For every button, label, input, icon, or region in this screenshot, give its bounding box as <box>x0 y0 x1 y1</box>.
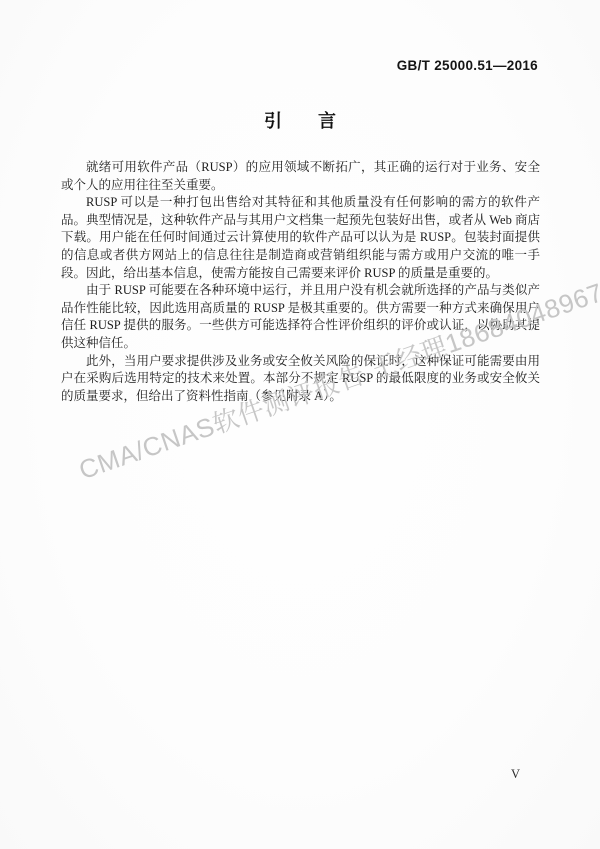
body-paragraph: 由于 RUSP 可能要在各种环境中运行，并且用户没有机会就所选择的产品与类似产品… <box>61 282 540 352</box>
page-number: V <box>511 767 520 782</box>
page-title: 引 言 <box>0 107 600 133</box>
body-paragraph: 就绪可用软件产品（RUSP）的应用领域不断拓广，其正确的运行对于业务、安全或个人… <box>61 159 540 194</box>
document-body: 就绪可用软件产品（RUSP）的应用领域不断拓广，其正确的运行对于业务、安全或个人… <box>61 159 540 405</box>
body-paragraph: RUSP 可以是一种打包出售给对其特征和其他质量没有任何影响的需方的软件产品。典… <box>61 194 540 282</box>
body-paragraph: 此外，当用户要求提供涉及业务或安全攸关风险的保证时，这种保证可能需要由用户在采购… <box>61 353 540 406</box>
document-page: GB/T 25000.51—2016 引 言 就绪可用软件产品（RUSP）的应用… <box>0 0 600 849</box>
standard-number: GB/T 25000.51—2016 <box>397 58 538 73</box>
